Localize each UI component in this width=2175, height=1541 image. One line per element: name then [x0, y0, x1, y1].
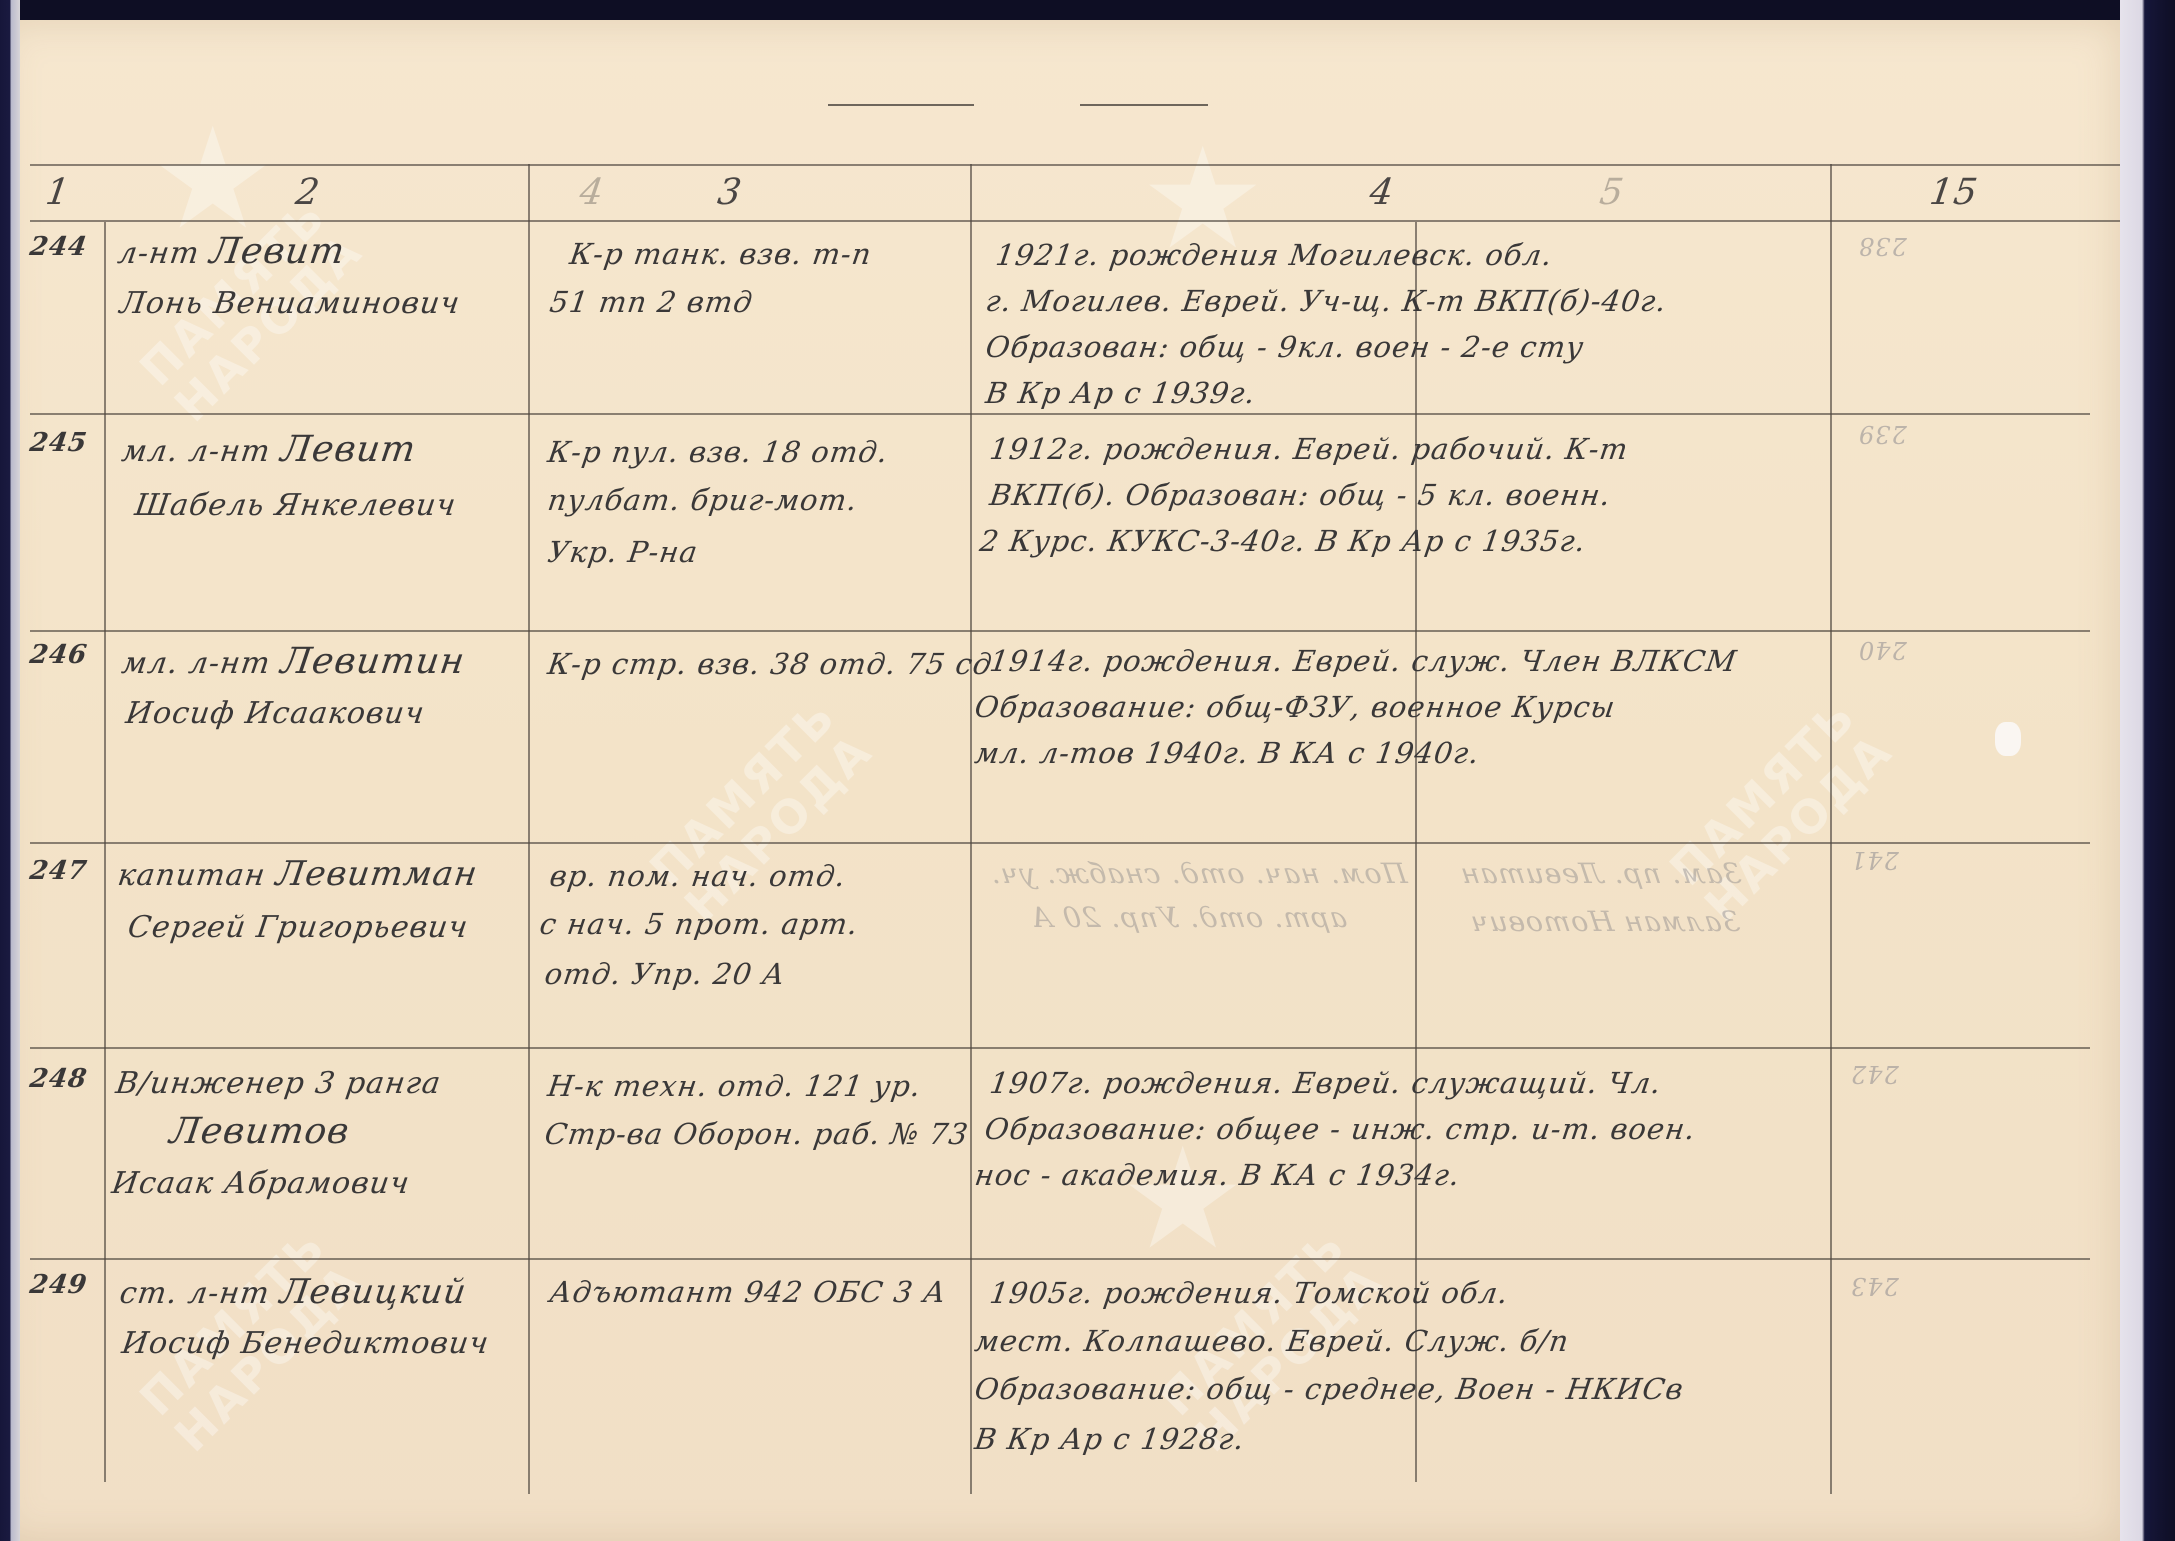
- bio-line: В Кр Ар с 1939г.: [983, 370, 1259, 416]
- table-rule: [30, 1047, 2090, 1049]
- row-number: 246: [28, 640, 89, 670]
- rank-surname: ст. л-нт Левицкий: [116, 1266, 470, 1320]
- reverse-page-number: 240: [1858, 636, 1907, 664]
- surname: Левит: [207, 231, 347, 272]
- given-names: Исаак Абрамович: [108, 1158, 413, 1210]
- unit-line: Н-к техн. отд. 121 ур.: [545, 1062, 925, 1110]
- reverse-page-number: 239: [1858, 420, 1907, 448]
- given-names: Сергей Григорьевич: [124, 902, 471, 954]
- scan-background-right: [2120, 0, 2175, 1541]
- bio-line: 1905г. рождения. Томской обл.: [987, 1270, 1512, 1316]
- bio-line: 1907г. рождения. Еврей. служащий. Чл.: [987, 1060, 1665, 1106]
- bio-line: Образование: общ - среднее, Воен - НКИСв: [972, 1366, 1687, 1412]
- table-rule: [1830, 164, 1832, 1494]
- paper-hole: [1995, 722, 2021, 756]
- table-rule: [30, 164, 2120, 166]
- bio-line: г. Могилев. Еврей. Уч-щ. К-т ВКП(б)-40г.: [983, 278, 1670, 324]
- header-dash: [828, 104, 974, 106]
- given-names: Лонь Вениаминович: [116, 278, 463, 330]
- bio-line: Образование: общее - инж. стр. и-т. воен…: [982, 1106, 1699, 1152]
- bio-line: 1912г. рождения. Еврей. рабочий. К-т: [987, 426, 1632, 472]
- surname: Левит: [278, 429, 418, 470]
- bio-line: 1921г. рождения Могилевск. обл.: [993, 232, 1556, 278]
- bio-line: нос - академия. В КА с 1934г.: [972, 1152, 1464, 1198]
- rank: л-нт: [115, 236, 201, 271]
- row-number: 245: [28, 428, 89, 458]
- surname: Левитин: [278, 641, 467, 682]
- rank-surname: мл. л-нт Левитин: [118, 636, 468, 690]
- column-number: 15: [1927, 172, 1981, 213]
- table-rule: [30, 630, 2090, 632]
- table-rule: [104, 222, 106, 1482]
- bio-line: ВКП(б). Образован: общ - 5 кл. военн.: [987, 472, 1614, 518]
- row-number: 247: [28, 856, 89, 886]
- unit-line: вр. пом. нач. отд.: [547, 852, 850, 900]
- header-dash: [1080, 104, 1208, 106]
- bleed-through-text: Зам. пр. Левитан: [1457, 852, 1744, 896]
- rank-surname: л-нт Левит: [114, 226, 348, 280]
- bio-line: Образован: общ - 9кл. воен - 2-е сту: [983, 324, 1587, 370]
- bio-line: 1914г. рождения. Еврей. служ. Член ВЛКСМ: [987, 638, 1740, 684]
- rank-surname: капитан Левитман: [114, 848, 481, 902]
- given-names: Иосиф Исаакович: [122, 688, 428, 740]
- unit-line: К-р пул. взв. 18 отд.: [545, 428, 892, 476]
- bio-line: Образование: общ-ФЗУ, военное Курсы: [972, 684, 1619, 730]
- unit-line: Адъютант 942 ОБС 3 А: [547, 1268, 950, 1316]
- bio-line: мл. л-тов 1940г. В КА с 1940г.: [972, 730, 1483, 776]
- unit-line: К-р танк. взв. т-п: [567, 230, 875, 278]
- bleed-through-text: Залман Нотович: [1467, 900, 1743, 944]
- rank-surname: мл. л-нт Левит: [118, 424, 419, 478]
- surname: Левицкий: [278, 1272, 470, 1312]
- unit-line: пулбат. бриг-мот.: [545, 476, 861, 524]
- rank: капитан: [115, 858, 267, 893]
- rank: мл. л-нт: [119, 434, 272, 469]
- table-rule: [30, 1258, 2090, 1260]
- row-number: 244: [28, 232, 89, 262]
- unit-line: Стр-ва Оборон. раб. № 73: [542, 1110, 972, 1158]
- unit-line: К-р стр. взв. 38 отд. 75 сд: [545, 640, 996, 688]
- bleed-through-text: арт. отд. Упр. 20 А: [1027, 896, 1350, 940]
- table-rule: [528, 164, 530, 1494]
- surname: Левитов: [166, 1106, 353, 1158]
- rank: мл. л-нт: [119, 646, 272, 681]
- rank: В/инженер 3 ранга: [112, 1058, 444, 1110]
- unit-line: с нач. 5 прот. арт.: [537, 900, 862, 948]
- rank: ст. л-нт: [117, 1276, 272, 1311]
- scan-background-left: [0, 0, 20, 1541]
- row-number: 248: [28, 1064, 89, 1094]
- bleed-through-text: Пом. нач. отд. снабж. уч.: [987, 852, 1410, 896]
- unit-line: 51 тп 2 втд: [547, 278, 757, 326]
- scan-background-top: [0, 0, 2175, 22]
- reverse-page-number: 242: [1850, 1060, 1899, 1088]
- unit-line: Укр. Р-на: [545, 528, 702, 576]
- table-rule: [30, 220, 2120, 222]
- bio-line: мест. Колпашево. Еврей. Служ. б/п: [972, 1318, 1573, 1364]
- reverse-page-number: 243: [1850, 1272, 1899, 1300]
- table-rule: [970, 164, 972, 1494]
- given-names: Шабель Янкелевич: [131, 480, 459, 532]
- table-rule: [30, 842, 2090, 844]
- bio-line: В Кр Ар с 1928г.: [972, 1416, 1248, 1462]
- bio-line: 2 Курс. КУКС-3-40г. В Кр Ар с 1935г.: [977, 518, 1589, 564]
- unit-line: отд. Упр. 20 А: [542, 950, 789, 998]
- reverse-page-number: 238: [1858, 232, 1907, 260]
- given-names: Иосиф Бенедиктович: [118, 1318, 492, 1370]
- row-number: 249: [28, 1270, 89, 1300]
- surname: Левитман: [273, 854, 480, 894]
- reverse-page-number: 241: [1850, 846, 1899, 874]
